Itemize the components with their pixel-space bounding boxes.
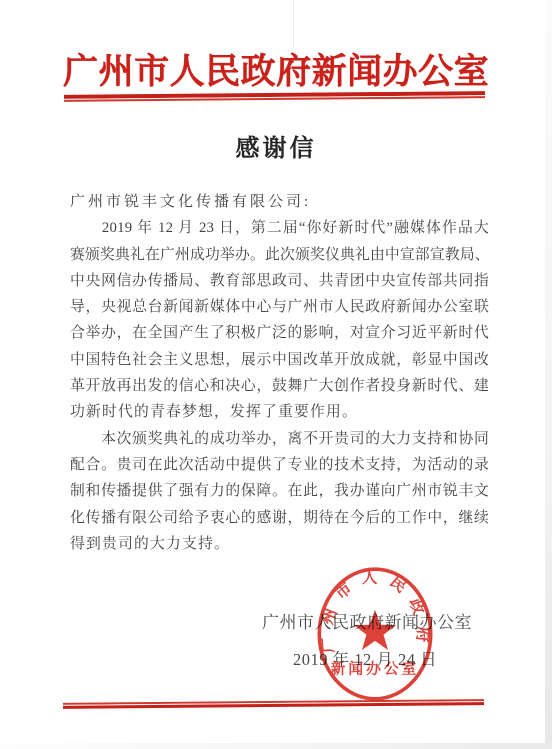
letter-title: 感谢信	[0, 128, 552, 163]
paper-fold-line	[293, 0, 294, 47]
scan-edge-right	[545, 0, 552, 749]
text-line: 赛颁奖典礼在广州成功举办。此次颁奖仪典礼由中宣部宣教局、	[70, 242, 489, 268]
text-line: 本次颁奖典礼的成功举办，离不开贵司的大力支持和协同	[70, 426, 489, 452]
paragraph-2: 本次颁奖典礼的成功举办，离不开贵司的大力支持和协同配合。贵司在此次活动中提供了专…	[70, 426, 489, 557]
text-line: 功新时代的青春梦想，发挥了重要作用。	[70, 399, 489, 425]
scanned-letter-page: 广州市人民政府新闻办公室 感谢信 广州市锐丰文化传播有限公司: 2019 年 1…	[0, 0, 552, 749]
red-star-icon	[354, 610, 396, 650]
text-line: 合举办，在全国产生了积极广泛的影响，对宣介习近平新时代	[70, 320, 489, 346]
seal-bottom-text: 新闻办公室	[331, 659, 420, 677]
text-line: 革开放再出发的信心和决心，鼓舞广大创作者投身新时代、建	[70, 373, 489, 399]
text-line: 2019 年 12 月 23 日，第二届“你好新时代”融媒体作品大	[70, 215, 489, 241]
text-line: 制和传播提供了强有力的保障。在此，我办谨向广州市锐丰文	[70, 478, 489, 504]
official-seal: 广州市人民政府 新闻办公室	[294, 553, 456, 715]
text-line: 中央网信办传播局、教育部思政司、共青团中央宣传部共同指	[70, 268, 489, 294]
paragraph-1: 2019 年 12 月 23 日，第二届“你好新时代”融媒体作品大赛颁奖典礼在广…	[70, 215, 489, 425]
text-line: 化传播有限公司给予衷心的感谢，期待在今后的工作中，继续	[70, 505, 489, 531]
salutation: 广州市锐丰文化传播有限公司:	[70, 189, 489, 215]
text-line: 导，央视总台新闻新媒体中心与广州市人民政府新闻办公室联	[70, 294, 489, 320]
text-line: 中国特色社会主义思想，展示中国改革开放成就，彰显中国改	[70, 347, 489, 373]
text-line: 配合。贵司在此次活动中提供了专业的技术支持，为活动的录	[70, 452, 489, 478]
scan-edge-bottom	[0, 743, 552, 749]
letterhead-title: 广州市人民政府新闻办公室	[0, 44, 552, 94]
letter-body: 广州市锐丰文化传播有限公司: 2019 年 12 月 23 日，第二届“你好新时…	[70, 189, 489, 557]
